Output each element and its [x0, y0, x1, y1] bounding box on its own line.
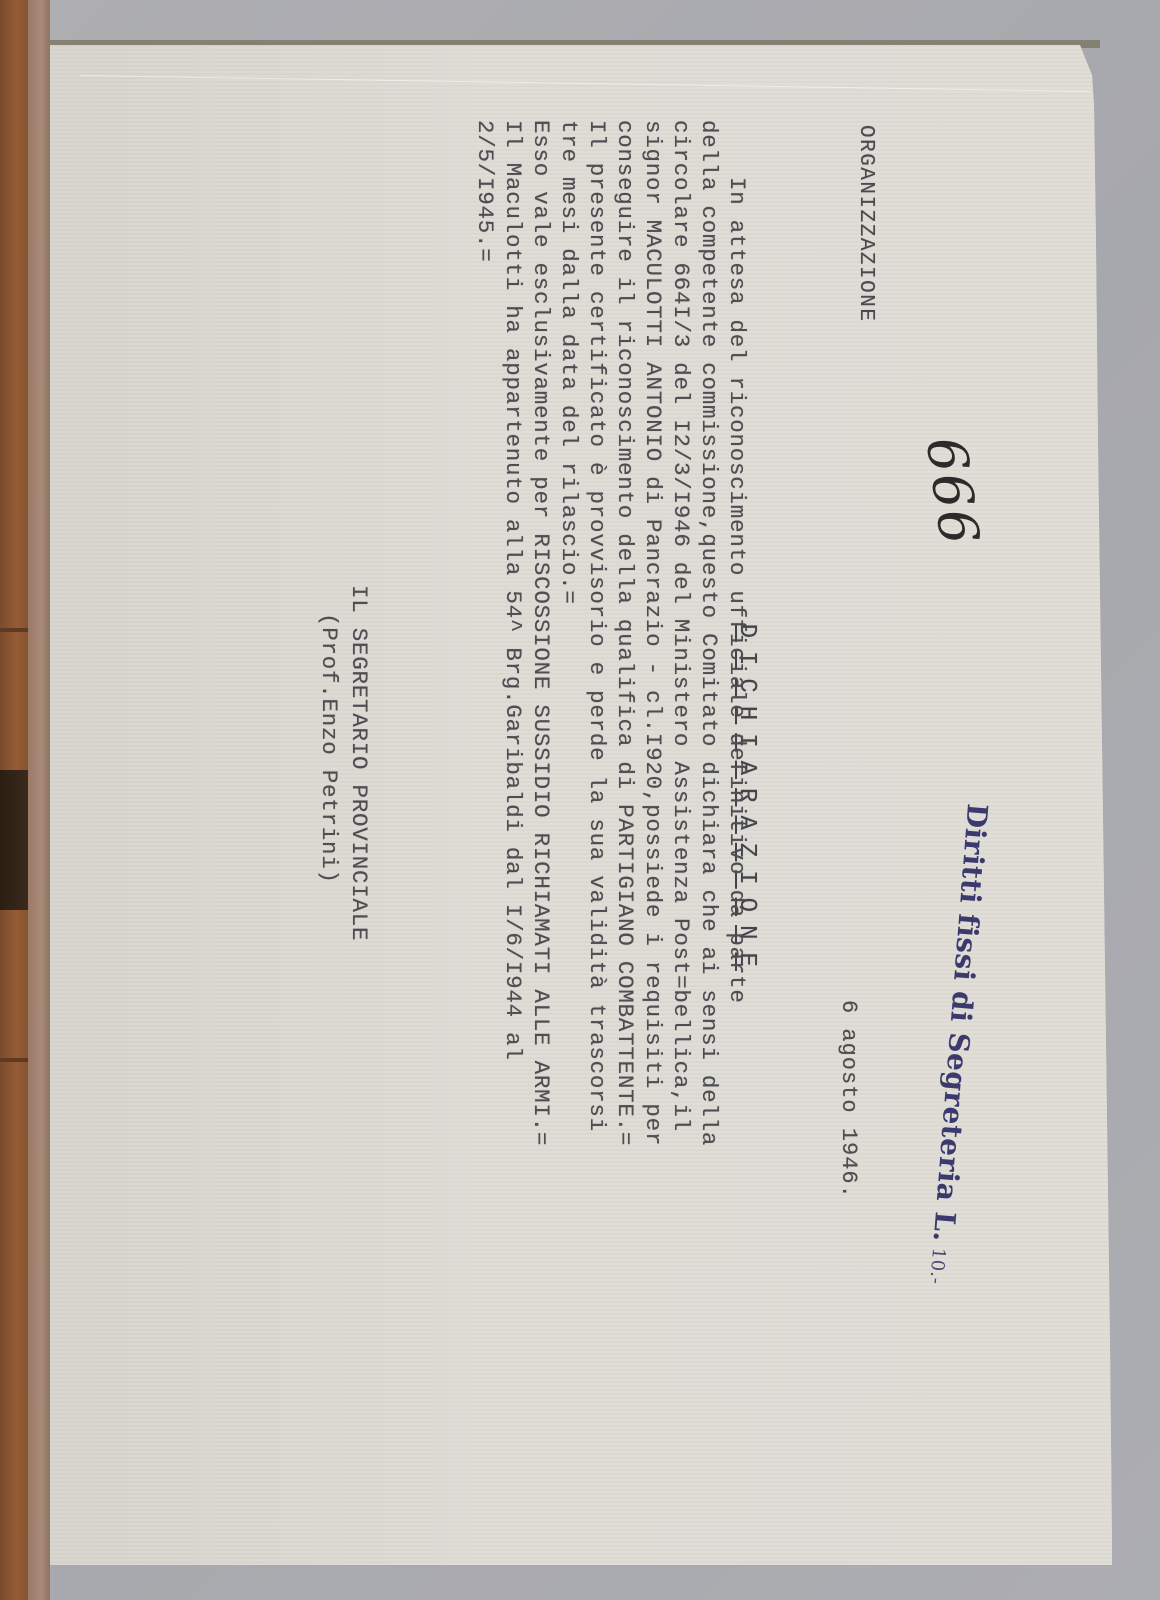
body-line: circolare 664I/3 del I2/3/I946 del Minis…	[670, 120, 693, 1132]
binder-dark-band	[0, 770, 28, 910]
binder-spine	[0, 0, 28, 1600]
stamp-amount: 10.-	[925, 1247, 949, 1285]
organization-heading: ORGANIZZAZIONE	[855, 125, 876, 322]
body-line: Il Maculotti ha appartenuto alla 54^ Brg…	[502, 120, 525, 1061]
body-line: tre mesi dalla data del rilascio.=	[558, 120, 581, 605]
binder-edge-strip	[28, 0, 50, 1600]
binder-divider	[0, 1058, 28, 1062]
document-content-rotated: 666 Diritti fissi di Segreteria L.10.- O…	[50, 45, 1112, 1565]
handwritten-page-number: 666	[914, 433, 992, 550]
body-line: della competente commissione,questo Comi…	[698, 120, 721, 1146]
signature-name: (Prof.Enzo Petrini)	[318, 613, 341, 884]
stamp-text: Diritti fissi di Segreteria L.	[927, 802, 994, 1243]
body-line: conseguire il riconoscimento della quali…	[614, 120, 637, 1146]
signature-title: IL SEGRETARIO PROVINCIALE	[348, 585, 371, 941]
body-line: Esso vale esclusivamente per RISCOSSIONE…	[530, 120, 553, 1146]
fee-stamp: Diritti fissi di Segreteria L.10.-	[923, 802, 994, 1286]
binder-divider	[0, 628, 28, 632]
body-line: signor MACULOTTI ANTONIO di Pancrazio - …	[642, 120, 665, 1146]
body-line: Il presente certificato è provvisorio e …	[586, 120, 609, 1132]
body-line: In attesa del riconoscimento ufficiale d…	[726, 120, 749, 1004]
body-line: 2/5/I945.=	[474, 120, 497, 263]
document-date: 6 agosto 1946.	[837, 1000, 859, 1199]
